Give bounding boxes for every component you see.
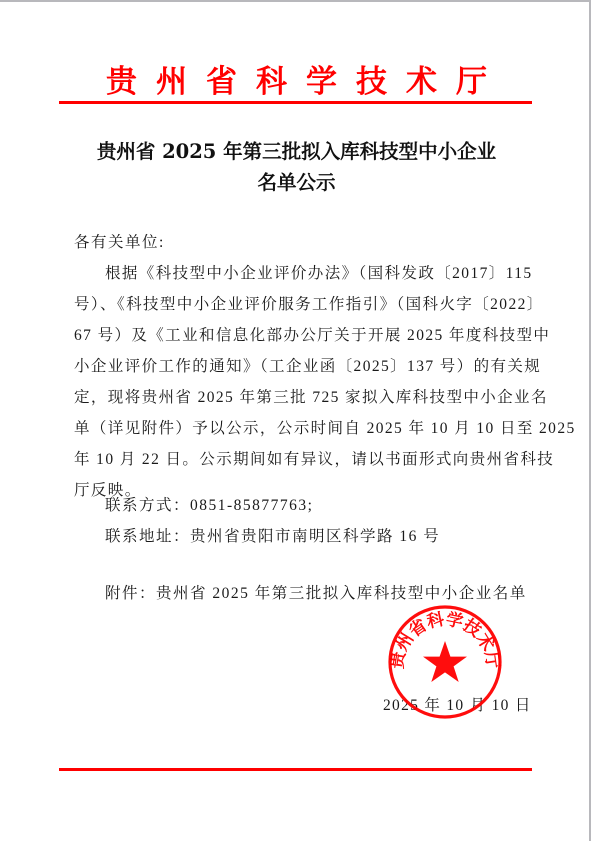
paragraph-line: 小企业评价工作的通知》（工企业函〔2025〕137 号）的有关规 (74, 351, 520, 382)
footer-red-rule (59, 768, 532, 771)
attachment-reference: 附件：贵州省 2025 年第三批拟入库科技型中小企业名单 (105, 578, 527, 609)
main-paragraph: 根据《科技型中小企业评价办法》（国科发政〔2017〕115 号）、《科技型中小企… (74, 258, 520, 506)
paragraph-line: 根据《科技型中小企业评价办法》（国科发政〔2017〕115 (74, 258, 520, 289)
contact-phone: 联系方式：0851-85877763; (105, 490, 313, 521)
paragraph-line: 定，现将贵州省 2025 年第三批 725 家拟入库科技型中小企业名 (74, 382, 520, 413)
title-line-1: 贵州省 2025 年第三批拟入库科技型中小企业 (0, 136, 593, 167)
star-icon (423, 641, 467, 682)
paragraph-line: 单（详见附件）予以公示，公示时间自 2025 年 10 月 10 日至 2025 (74, 413, 520, 444)
document-page: 贵州省科学技术厅 贵州省 2025 年第三批拟入库科技型中小企业 名单公示 各有… (0, 0, 591, 841)
document-title: 贵州省 2025 年第三批拟入库科技型中小企业 名单公示 (0, 136, 593, 198)
title-line-2: 名单公示 (0, 167, 593, 198)
signature-date: 2025 年 10 月 10 日 (383, 690, 532, 721)
svg-text:贵州省科学技术厅: 贵州省科学技术厅 (387, 608, 502, 670)
paragraph-line: 67 号）及《工业和信息化部办公厅关于开展 2025 年度科技型中 (74, 320, 520, 351)
issuing-organization-header: 贵州省科学技术厅 (0, 62, 593, 102)
contact-address: 联系地址：贵州省贵阳市南明区科学路 16 号 (105, 521, 440, 552)
paragraph-line: 年 10 月 22 日。公示期间如有异议，请以书面形式向贵州省科技 (74, 444, 520, 475)
salutation: 各有关单位: (74, 227, 520, 258)
seal-text: 贵州省科学技术厅 (387, 608, 502, 670)
header-red-rule (59, 101, 532, 104)
paragraph-line: 号）、《科技型中小企业评价服务工作指引》（国科火字〔2022〕 (74, 289, 520, 320)
